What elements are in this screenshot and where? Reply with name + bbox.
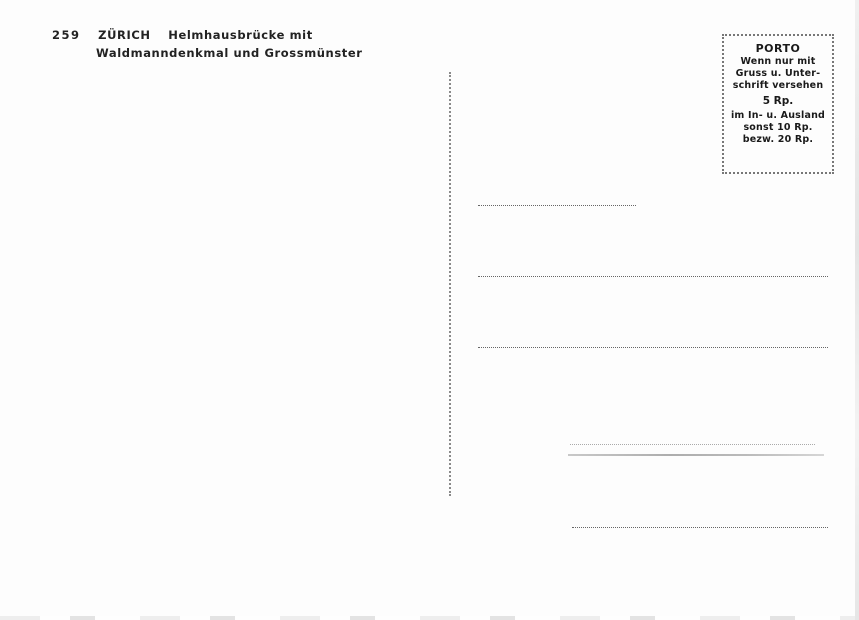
stamp-heading: PORTO [724,42,832,56]
message-address-divider [449,72,451,496]
address-line-4-underline [568,454,824,456]
stamp-rate: 5 Rp. [724,93,832,109]
card-edge-right [855,0,859,620]
postcard-caption: 259 ZÜRICH Helmhausbrücke mit Waldmannde… [52,26,363,62]
stamp-text-line: schrift versehen [724,80,832,92]
postcard-back: 259 ZÜRICH Helmhausbrücke mit Waldmannde… [0,0,859,620]
address-line-3 [478,347,828,348]
stamp-text-line: sonst 10 Rp. [724,122,832,134]
caption-title-line-1: Helmhausbrücke mit [168,28,313,42]
address-line-1 [478,205,636,206]
stamp-text-line: Gruss u. Unter- [724,68,832,80]
stamp-text-line: im In- u. Ausland [724,110,832,122]
stamp-text-line: bezw. 20 Rp. [724,134,832,146]
address-line-5 [572,527,828,528]
address-line-2 [478,276,828,277]
city-name: ZÜRICH [98,28,150,42]
stamp-text-line: Wenn nur mit [724,56,832,68]
address-line-4 [570,444,815,445]
card-number: 259 [52,28,81,42]
caption-title-line-2: Waldmanndenkmal und Grossmünster [52,44,363,62]
card-edge-bottom [0,616,859,620]
stamp-box: PORTO Wenn nur mit Gruss u. Unter- schri… [722,34,834,174]
